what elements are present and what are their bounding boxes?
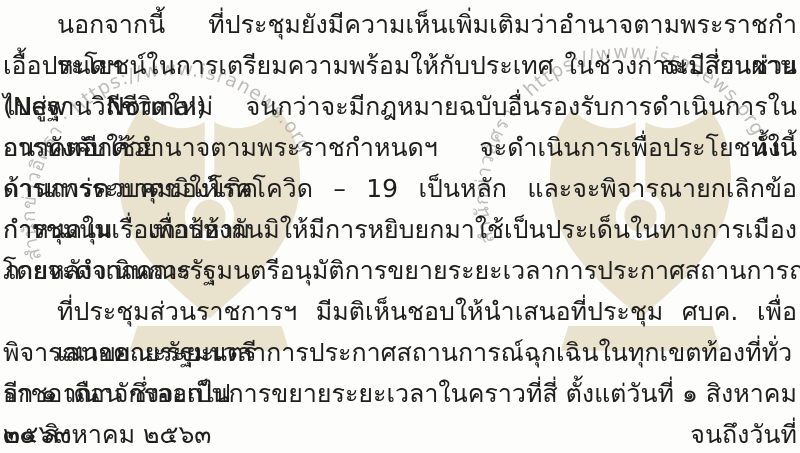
text-line: การชุมนุม เพื่อป้องกันมิให้มีการหยิบยกมา… bbox=[3, 209, 797, 250]
text-line: ภายหลังจากคณะรัฐมนตรีอนุมัติการขยายระยะเ… bbox=[3, 250, 797, 291]
text-line: พิจารณาขยายระยะเวลาการประกาศสถานการณ์ฉุก… bbox=[3, 332, 797, 373]
text-line: นอกจากนี้ ที่ประชุมยังมีความเห็นเพิ่มเติ… bbox=[3, 4, 797, 45]
text-line: (New Normal) จนกว่าจะมีกฎหมายฉบับอื่นรอง… bbox=[3, 86, 797, 127]
text-line: การบังคับใช้อำนาจตามพระราชกำหนดฯ จะดำเนิ… bbox=[3, 127, 797, 168]
text-line: การแพร่ระบาดของโรคโควิด – 19 เป็นหลัก แล… bbox=[3, 168, 797, 209]
text-line: ที่ประชุมส่วนราชการฯ มีมติเห็นชอบให้นำเส… bbox=[3, 291, 797, 332]
text-line: อีก ๑ เดือน ซึ่งจะเป็นการขยายระยะเวลาในค… bbox=[3, 373, 797, 414]
document-page: สำนักข่าวอิศรา · https://www.isranews.or… bbox=[0, 0, 800, 453]
text-line: เอื้อประโยชน์ในการเตรียมความพร้อมให้กับป… bbox=[3, 45, 797, 86]
document-body: นอกจากนี้ ที่ประชุมยังมีความเห็นเพิ่มเติ… bbox=[3, 4, 797, 453]
